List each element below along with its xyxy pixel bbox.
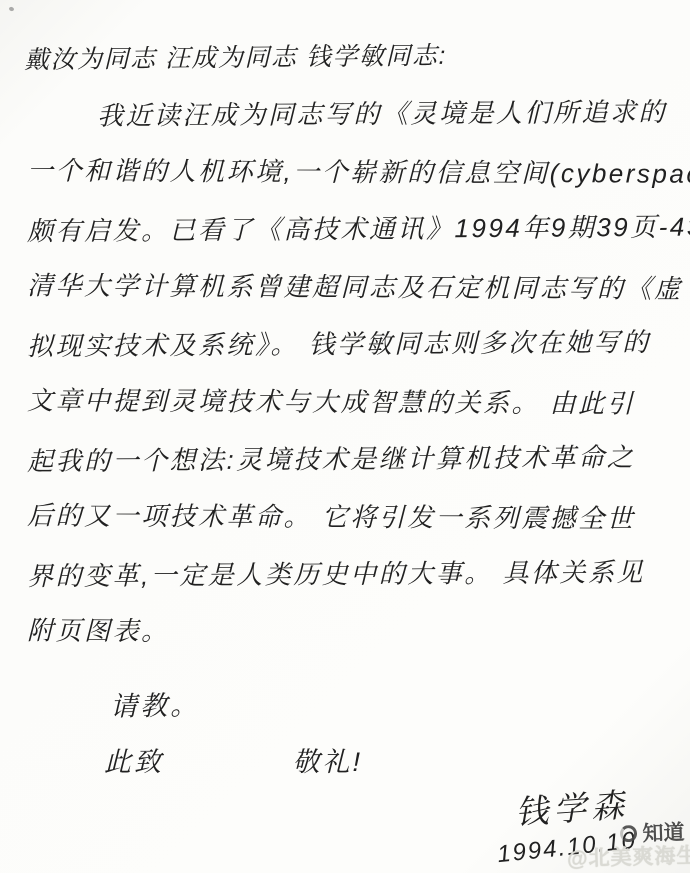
letter-line: 附页图表。 — [27, 602, 672, 663]
letter-request: 请教。 — [110, 683, 201, 724]
letter-line: 一个和谐的人机环境,一个崭新的信息空间(cyberspace)》 — [27, 142, 672, 203]
letter-line: 文章中提到灵境技术与大成智慧的关系。 由此引 — [27, 372, 672, 433]
letter-line: 界的变革,一定是人类历史中的大事。 具体关系见 — [27, 544, 672, 606]
letter-line: 后的又一项技术革命。 它将引发一系列震撼全世 — [27, 487, 672, 548]
watermark: 知道 @北美爽海生 — [567, 818, 690, 871]
ink-speck — [8, 6, 14, 11]
letter-salutation: 戴汝为同志 汪成为同志 钱学敏同志: — [24, 36, 447, 76]
letter-closing: 此致 敬礼! — [104, 740, 363, 779]
letter-body: 我近读汪成为同志写的《灵境是人们所追求的 一个和谐的人机环境,一个崭新的信息空间… — [27, 86, 672, 661]
letter-line: 拟现实技术及系统》。 钱学敏同志则多次在她写的 — [27, 314, 672, 376]
letter-line: 我近读汪成为同志写的《灵境是人们所追求的 — [27, 84, 672, 146]
watermark-account: @北美爽海生 — [566, 839, 690, 872]
letter-line: 起我的一个想法:灵境技术是继计算机技术革命之 — [27, 429, 672, 491]
closing-cizhi: 此致 — [104, 747, 164, 777]
letter-line: 颇有启发。已看了《高技术通讯》1994年9期39页-43页 — [27, 199, 672, 261]
zhidao-logo-icon — [620, 824, 638, 842]
letter-line: 清华大学计算机系曾建超同志及石定机同志写的《虚 — [27, 257, 672, 318]
letter-photo: 戴汝为同志 汪成为同志 钱学敏同志: 我近读汪成为同志写的《灵境是人们所追求的 … — [0, 0, 690, 873]
closing-jingli: 敬礼! — [293, 747, 364, 777]
